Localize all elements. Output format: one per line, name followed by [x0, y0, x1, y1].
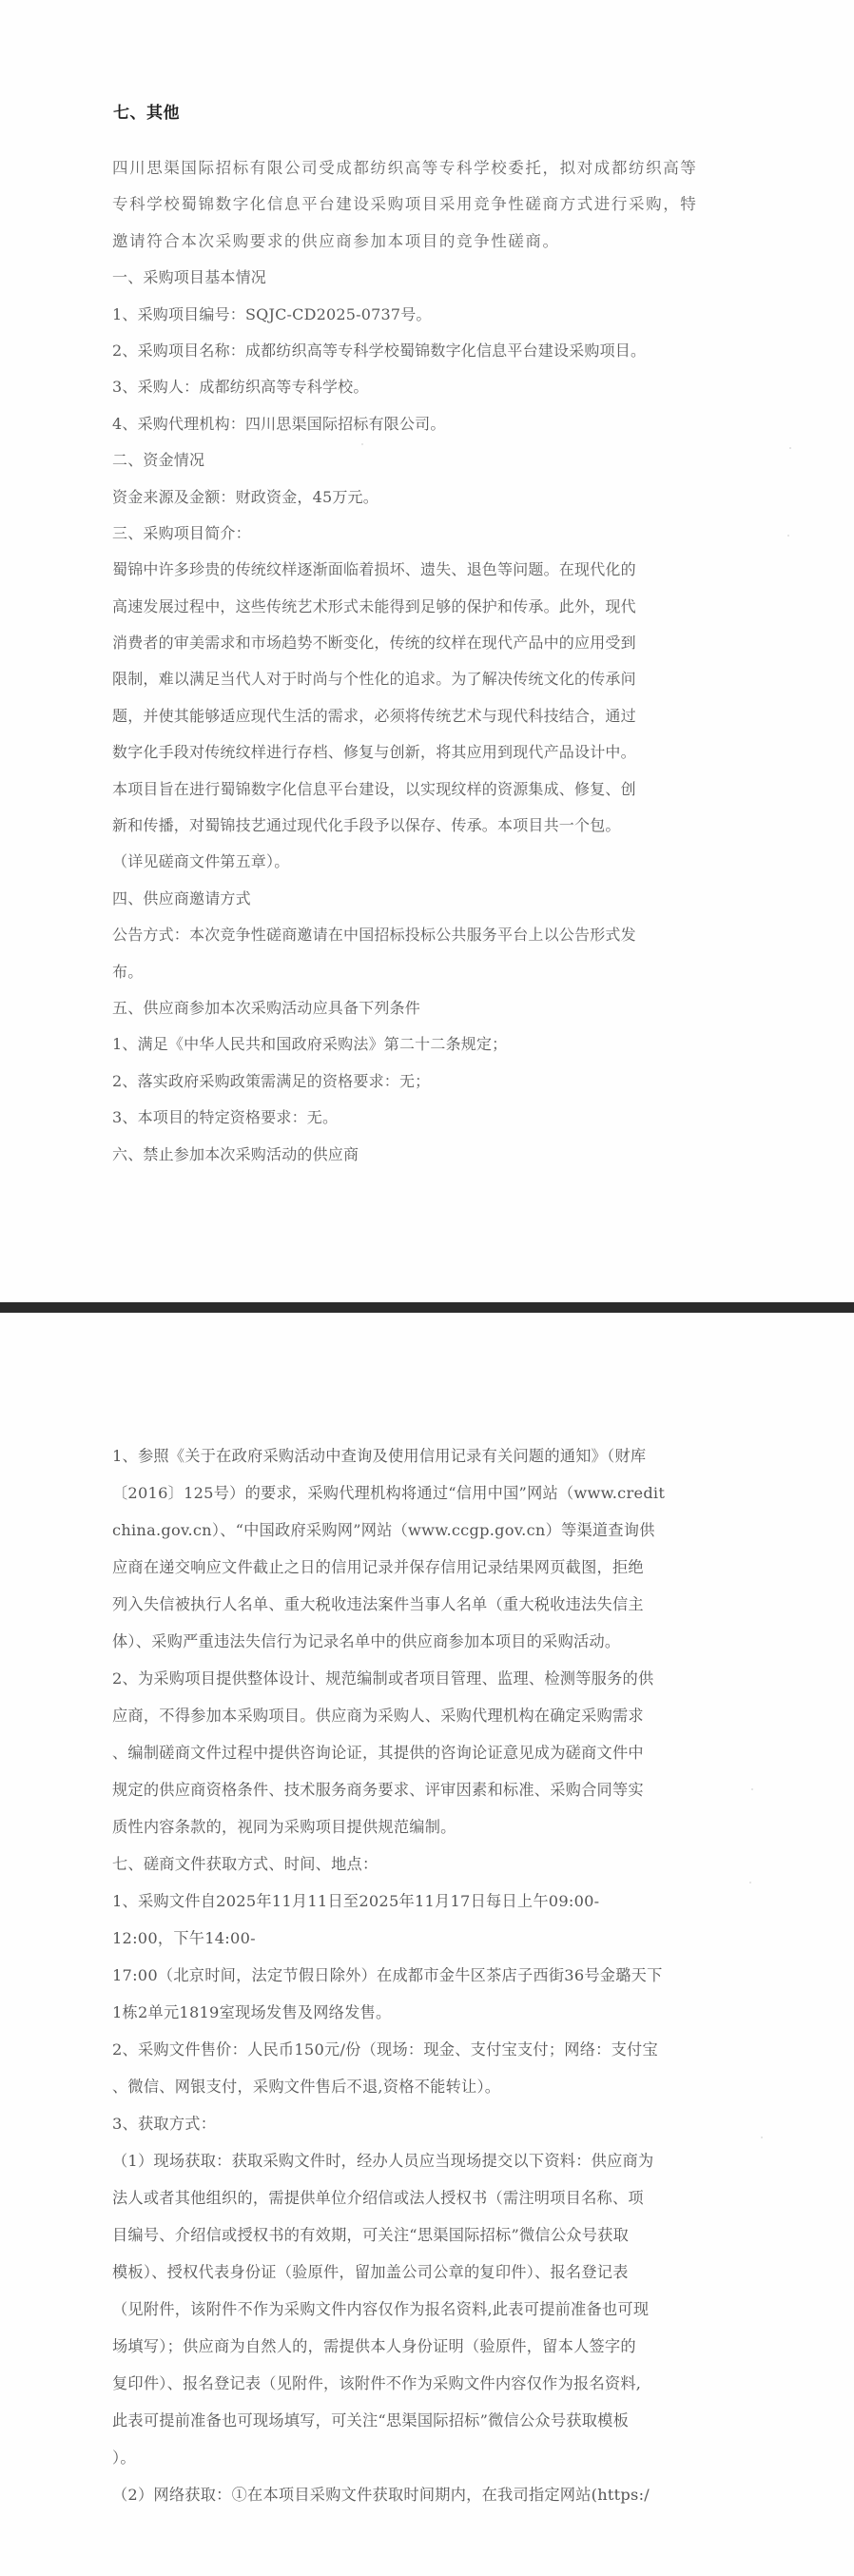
text-line: 本项目旨在进行蜀锦数字化信息平台建设，以实现纹样的资源集成、修复、创 [112, 771, 749, 808]
page-1-body: 四川思渠国际招标有限公司受成都纺织高等专科学校委托，拟对成都纺织高等 专科学校蜀… [112, 150, 749, 1173]
text-line: 布。 [112, 954, 749, 990]
scan-artifact [789, 447, 791, 449]
text-line: 专科学校蜀锦数字化信息平台建设采购项目采用竞争性磋商方式进行采购，特 [112, 186, 749, 223]
purchaser: 3、采购人：成都纺织高等专科学校。 [112, 369, 749, 405]
sale-location: 1栋2单元1819室现场发售及网络发售。 [112, 1994, 754, 2031]
subheading: 六、禁止参加本次采购活动的供应商 [112, 1137, 749, 1173]
sale-period: 1、采购文件自2025年11月11日至2025年11月17日每日上午09:00- [112, 1883, 754, 1920]
subheading: 二、资金情况 [112, 442, 749, 478]
text-line: 应商在递交响应文件截止之日的信用记录并保存信用记录结果网页截图，拒绝 [112, 1549, 754, 1586]
subheading: 四、供应商邀请方式 [112, 881, 749, 917]
sale-period: 12:00，下午14:00- [112, 1920, 754, 1957]
procurement-agency: 4、采购代理机构：四川思渠国际招标有限公司。 [112, 406, 749, 442]
subheading: 三、采购项目简介： [112, 516, 749, 552]
document-page-1: 七、其他 四川思渠国际招标有限公司受成都纺织高等专科学校委托，拟对成都纺织高等 … [0, 0, 854, 1302]
text-line: 1、参照《关于在政府采购活动中查询及使用信用记录有关问题的通知》（财库 [112, 1437, 754, 1474]
text-line: 场填写）；供应商为自然人的，需提供本人身份证明（验原件，留本人签字的 [112, 2328, 754, 2365]
scan-artifact [751, 1788, 753, 1790]
text-line: 3、本项目的特定资格要求：无。 [112, 1100, 749, 1136]
text-line: （见附件，该附件不作为采购文件内容仅作为报名资料,此表可提前准备也可现 [112, 2291, 754, 2328]
text-line: （1）现场获取：获取采购文件时，经办人员应当现场提交以下资料：供应商为 [112, 2142, 754, 2179]
text-line: （详见磋商文件第五章）。 [112, 844, 749, 880]
text-line: 高速发展过程中，这些传统艺术形式未能得到足够的保护和传承。此外，现代 [112, 589, 749, 625]
text-line: 公告方式：本次竞争性磋商邀请在中国招标投标公共服务平台上以公告形式发 [112, 917, 749, 953]
text-line: 2、为采购项目提供整体设计、规范编制或者项目管理、监理、检测等服务的供 [112, 1660, 754, 1697]
text-line: 四川思渠国际招标有限公司受成都纺织高等专科学校委托，拟对成都纺织高等 [112, 150, 749, 186]
sale-location: 17:00（北京时间，法定节假日除外）在成都市金牛区茶店子西街36号金璐天下 [112, 1957, 754, 1994]
text-line: 数字化手段对传统纹样进行存档、修复与创新，将其应用到现代产品设计中。 [112, 734, 749, 771]
project-number: 1、采购项目编号：SQJC-CD2025-0737号。 [112, 297, 749, 333]
text-line: 2、落实政府采购政策需满足的资格要求：无； [112, 1064, 749, 1100]
text-line: 蜀锦中许多珍贵的传统纹样逐渐面临着损坏、遗失、退色等问题。在现代化的 [112, 552, 749, 588]
text-line: china.gov.cn）、“中国政府采购网”网站（www.ccgp.gov.c… [112, 1512, 754, 1549]
text-line: ）。 [112, 2439, 754, 2476]
document-price: 2、采购文件售价：人民币150元/份（现场：现金、支付宝支付；网络：支付宝 [112, 2031, 754, 2068]
text-line: 新和传播，对蜀锦技艺通过现代化手段予以保存、传承。本项目共一个包。 [112, 808, 749, 844]
text-line: 〔2016〕125号）的要求，采购代理机构将通过“信用中国”网站（www.cre… [112, 1474, 754, 1512]
subheading: 七、磋商文件获取方式、时间、地点： [112, 1845, 754, 1883]
scan-artifact [749, 1882, 751, 1883]
text-line: 列入失信被执行人名单、重大税收违法案件当事人名单（重大税收违法失信主 [112, 1586, 754, 1623]
subheading: 一、采购项目基本情况 [112, 260, 749, 296]
text-line: 邀请符合本次采购要求的供应商参加本项目的竞争性磋商。 [112, 224, 749, 260]
text-line: 限制，难以满足当代人对于时尚与个性化的追求。为了解决传统文化的传承问 [112, 661, 749, 697]
text-line: 模板）、授权代表身份证（验原件，留加盖公司公章的复印件）、报名登记表 [112, 2254, 754, 2291]
text-line: 题，并使其能够适应现代生活的需求，必须将传统艺术与现代科技结合，通过 [112, 698, 749, 734]
document-price: 、微信、网银支付，采购文件售后不退,资格不能转让）。 [112, 2068, 754, 2105]
text-line: （2）网络获取：①在本项目采购文件获取时间期内，在我司指定网站(https:/ [112, 2476, 754, 2513]
text-line: 目编号、介绍信或授权书的有效期，可关注“思渠国际招标”微信公众号获取 [112, 2216, 754, 2254]
scan-artifact [361, 443, 363, 445]
text-line: 法人或者其他组织的，需提供单位介绍信或法人授权书（需注明项目名称、项 [112, 2179, 754, 2216]
funding-amount: 资金来源及金额：财政资金，45万元。 [112, 479, 749, 516]
text-line: 消费者的审美需求和市场趋势不断变化，传统的纹样在现代产品中的应用受到 [112, 625, 749, 661]
text-line: 应商，不得参加本采购项目。供应商为采购人、采购代理机构在确定采购需求 [112, 1697, 754, 1734]
project-name: 2、采购项目名称：成都纺织高等专科学校蜀锦数字化信息平台建设采购项目。 [112, 333, 749, 369]
subheading: 3、获取方式： [112, 2105, 754, 2142]
section-title: 七、其他 [113, 99, 180, 123]
text-line: 质性内容条款的，视同为采购项目提供规范编制。 [112, 1808, 754, 1845]
text-line: 复印件）、报名登记表（见附件，该附件不作为采购文件内容仅作为报名资料, [112, 2365, 754, 2402]
text-line: 规定的供应商资格条件、技术服务商务要求、评审因素和标准、采购合同等实 [112, 1771, 754, 1808]
text-line: 体）、采购严重违法失信行为记录名单中的供应商参加本项目的采购活动。 [112, 1623, 754, 1660]
scan-artifact [761, 2137, 763, 2138]
subheading: 五、供应商参加本次采购活动应具备下列条件 [112, 990, 749, 1026]
scan-artifact [787, 535, 789, 537]
text-line: 1、满足《中华人民共和国政府采购法》第二十二条规定； [112, 1026, 749, 1063]
text-line: 、编制磋商文件过程中提供咨询论证，其提供的咨询论证意见成为磋商文件中 [112, 1734, 754, 1771]
page-divider [0, 1302, 854, 1313]
text-line: 此表可提前准备也可现场填写，可关注“思渠国际招标”微信公众号获取模板 [112, 2402, 754, 2439]
page-2-body: 1、参照《关于在政府采购活动中查询及使用信用记录有关问题的通知》（财库 〔201… [112, 1437, 754, 2513]
